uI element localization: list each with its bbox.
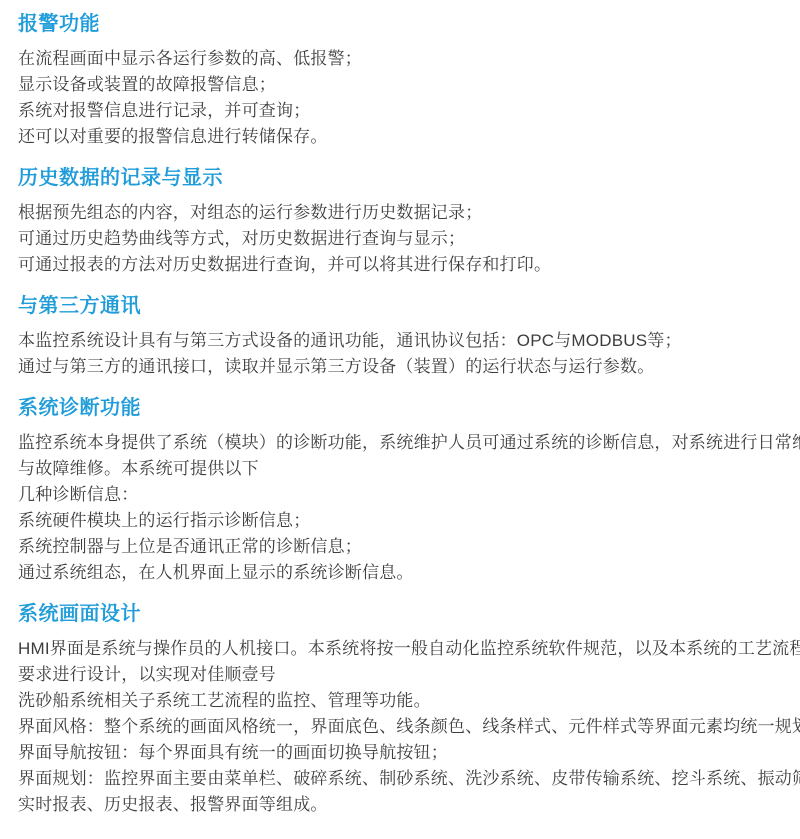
- body-line: HMI界面是系统与操作员的人机接口。本系统将按一般自动化监控系统软件规范，以及本…: [18, 636, 782, 662]
- body-line: 界面导航按钮：每个界面具有统一的画面切换导航按钮；: [18, 740, 782, 766]
- body-line: 根据预先组态的内容，对组态的运行参数进行历史数据记录；: [18, 200, 782, 226]
- body-line: 实时报表、历史报表、报警界面等组成。: [18, 792, 782, 818]
- body-line: 界面规划：监控界面主要由菜单栏、破碎系统、制砂系统、洗沙系统、皮带传输系统、挖斗…: [18, 766, 782, 792]
- document-page: 报警功能 在流程画面中显示各运行参数的高、低报警； 显示设备或装置的故障报警信息…: [0, 0, 800, 839]
- body-line: 可通过报表的方法对历史数据进行查询，并可以将其进行保存和打印。: [18, 252, 782, 278]
- section-third-party-comm: 与第三方通讯 本监控系统设计具有与第三方式设备的通讯功能，通讯协议包括：OPC与…: [18, 294, 782, 380]
- section-system-diagnosis: 系统诊断功能 监控系统本身提供了系统（模块）的诊断功能，系统维护人员可通过系统的…: [18, 396, 782, 586]
- body-line: 要求进行设计，以实现对佳顺壹号: [18, 662, 782, 688]
- body-line: 系统控制器与上位是否通讯正常的诊断信息；: [18, 534, 782, 560]
- section-title-screen-design: 系统画面设计: [18, 602, 782, 626]
- section-title-alarm-function: 报警功能: [18, 12, 782, 36]
- body-line: 与故障维修。本系统可提供以下: [18, 456, 782, 482]
- body-line: 本监控系统设计具有与第三方式设备的通讯功能，通讯协议包括：OPC与MODBUS等…: [18, 328, 782, 354]
- body-line: 可通过历史趋势曲线等方式，对历史数据进行查询与显示；: [18, 226, 782, 252]
- body-line: 在流程画面中显示各运行参数的高、低报警；: [18, 46, 782, 72]
- body-line: 系统硬件模块上的运行指示诊断信息；: [18, 508, 782, 534]
- body-line: 监控系统本身提供了系统（模块）的诊断功能，系统维护人员可通过系统的诊断信息，对系…: [18, 430, 782, 456]
- section-alarm-function: 报警功能 在流程画面中显示各运行参数的高、低报警； 显示设备或装置的故障报警信息…: [18, 12, 782, 150]
- body-line: 几种诊断信息：: [18, 482, 782, 508]
- section-screen-design: 系统画面设计 HMI界面是系统与操作员的人机接口。本系统将按一般自动化监控系统软…: [18, 602, 782, 818]
- body-line: 还可以对重要的报警信息进行转储保存。: [18, 124, 782, 150]
- section-title-system-diagnosis: 系统诊断功能: [18, 396, 782, 420]
- body-line: 界面风格：整个系统的画面风格统一，界面底色、线条颜色、线条样式、元件样式等界面元…: [18, 714, 782, 740]
- section-title-history-data: 历史数据的记录与显示: [18, 166, 782, 190]
- section-history-data: 历史数据的记录与显示 根据预先组态的内容，对组态的运行参数进行历史数据记录； 可…: [18, 166, 782, 278]
- body-line: 洗砂船系统相关子系统工艺流程的监控、管理等功能。: [18, 688, 782, 714]
- body-line: 通过系统组态，在人机界面上显示的系统诊断信息。: [18, 560, 782, 586]
- body-line: 系统对报警信息进行记录，并可查询；: [18, 98, 782, 124]
- body-line: 显示设备或装置的故障报警信息；: [18, 72, 782, 98]
- section-title-third-party-comm: 与第三方通讯: [18, 294, 782, 318]
- body-line: 通过与第三方的通讯接口，读取并显示第三方设备（装置）的运行状态与运行参数。: [18, 354, 782, 380]
